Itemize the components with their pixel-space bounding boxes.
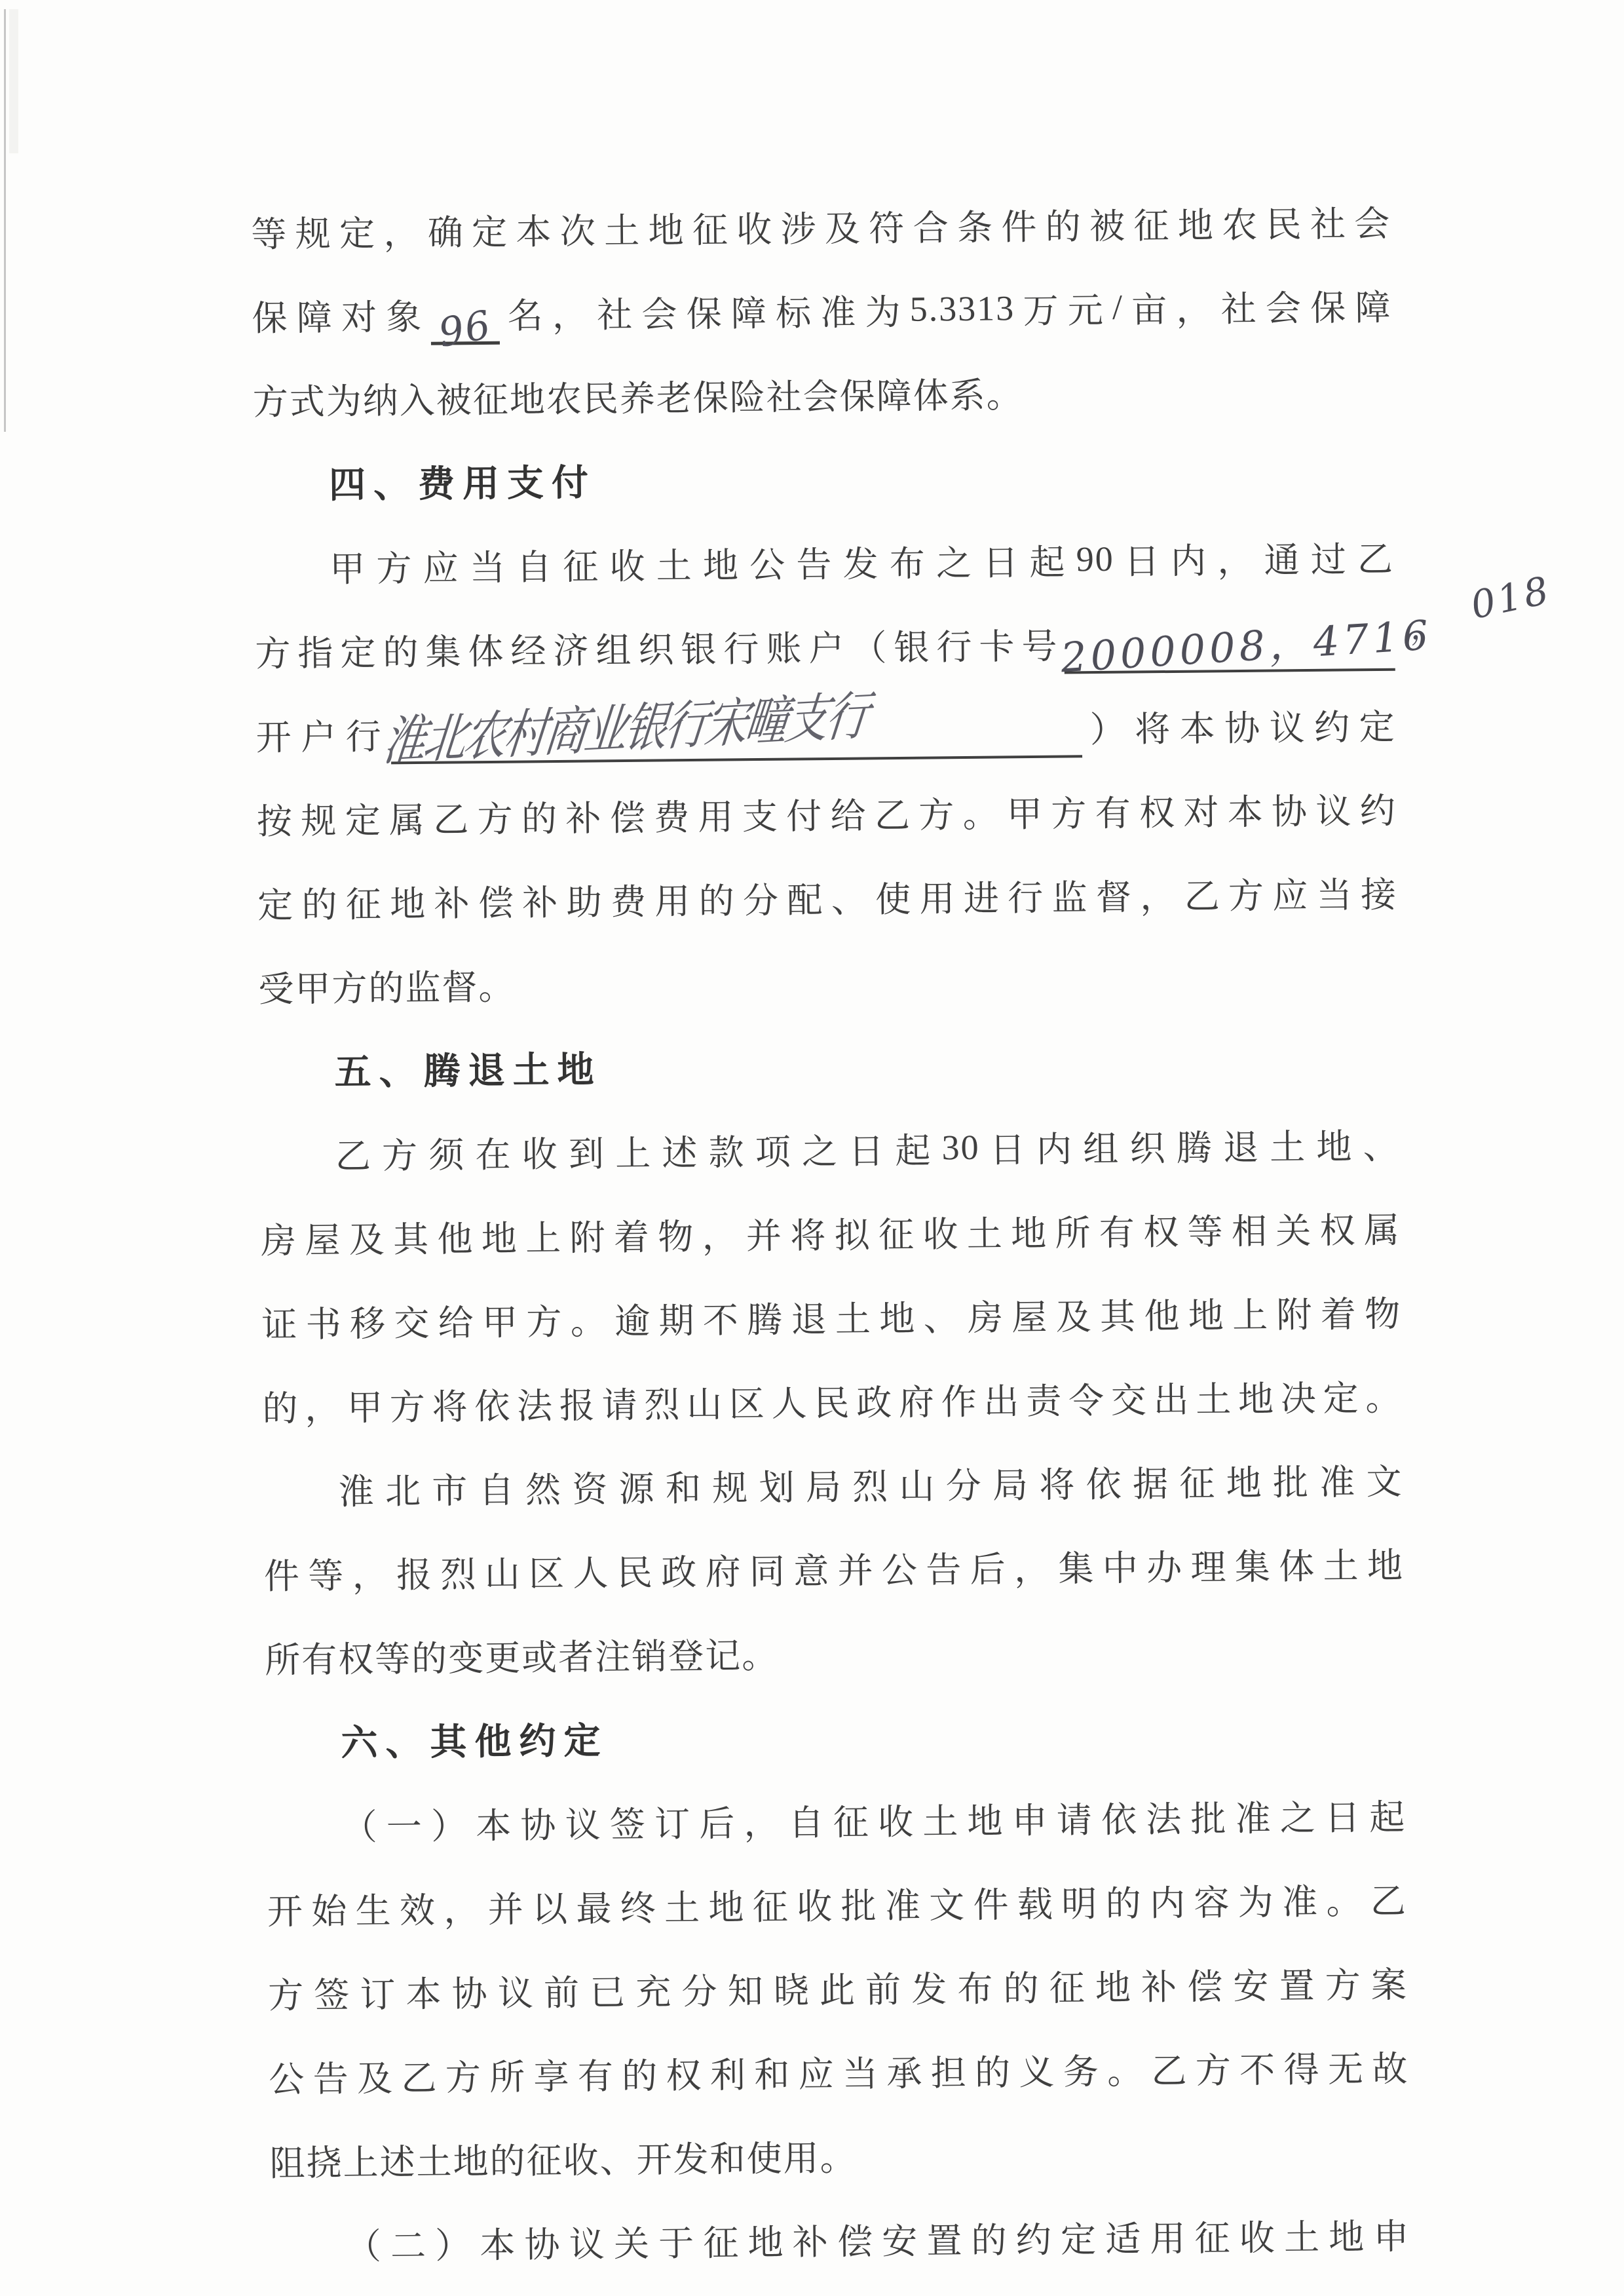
text-token: 地 [967,1793,1004,1844]
text-token: 置 [1279,1957,1316,2008]
text-token: 之 [936,535,973,586]
text-token: 集 [425,624,463,675]
text-token: 、 [831,871,868,923]
text-token: （ [345,2218,383,2269]
text-token: 的 [975,2044,1012,2095]
text-token: 不 [1239,2042,1277,2093]
text-token: 件 [973,1877,1010,1928]
text-token: 行 [1008,870,1045,921]
text-token: 房 [968,1290,1005,1341]
text-token: 告 [312,2051,350,2102]
text-token: 公 [749,537,787,588]
text-token: 将 [1135,700,1172,752]
text-token: 其 [393,1211,430,1262]
text-token: 容 [1194,1875,1231,1926]
line-text: 受甲方的监督。 [258,959,516,1012]
text-token: 务 [1063,2044,1100,2095]
text-token: 内 [1150,1875,1187,1926]
text-token: 地 [879,1290,916,1341]
text-token: 应 [1272,867,1310,918]
text-token: ） [431,1798,468,1849]
text-token: 万 [1023,282,1060,334]
text-token: 地 [1316,1119,1353,1170]
text-token: 地 [1095,1959,1132,2010]
text-token: 地 [648,202,685,254]
text-token: 批 [1190,1791,1228,1842]
text-token: 甲 [1007,786,1044,837]
text-token: 据 [1133,1456,1170,1507]
text-token: 后 [970,1541,1007,1592]
handwritten-bank-card-number: 2000008，4716 [1059,602,1433,683]
text-token: 区 [529,1545,566,1596]
text-token: 偿 [837,2213,875,2265]
text-token: 办 [1146,1539,1184,1590]
text-token: 准 [884,1877,922,1928]
text-token: 征 [345,876,383,927]
text-token: 保 [686,286,723,337]
text-token: 法 [517,1378,554,1429]
text-token: 关 [614,2215,651,2267]
text-token: 为 [865,284,902,335]
text-token: 分 [681,1963,719,2014]
text-token: 方 [382,1128,419,1179]
handwritten-comma-mark: ， [1405,600,1443,649]
scan-edge-artifact [9,9,18,153]
text-token: 使 [875,871,913,922]
text-token: ） [1089,701,1127,752]
text-token: 的 [698,873,736,924]
text-token: 公 [269,2051,306,2102]
text-line: 证书移交给甲方。逾期不腾退土地、房屋及其他地上附着物 [261,1269,1402,1364]
text-token: 退 [1223,1119,1260,1170]
handwritten-count: 96 [435,301,495,356]
text-token: 收 [521,1126,559,1177]
text-token: 协 [1224,700,1262,751]
text-token: 人 [573,1545,610,1596]
text-token: 农 [1222,197,1259,248]
text-token: 无 [1328,2041,1365,2092]
text-token: 条 [957,199,994,250]
text-line: 等规定，确定本次土地征收涉及符合条件的被征地农民社会 [251,179,1391,274]
text-token: 定 [340,624,377,676]
text-token: 方 [477,791,514,842]
text-token: 补 [565,790,603,841]
text-token: 征 [1179,1455,1217,1506]
text-token: 准 [820,284,858,335]
text-line: 乙方须在收到上述款项之日起30日内组织腾退土地、 [259,1101,1400,1196]
text-token: 等 [1187,1204,1224,1255]
text-token: 请 [1056,1792,1093,1843]
text-token: 方 [526,1293,563,1345]
text-token: 亩 [1131,281,1169,332]
text-line: 受甲方的监督。 [258,934,1399,1029]
text-token: 的 [301,877,339,928]
text-token: 集 [1058,1540,1095,1592]
text-token: 起 [1369,1789,1407,1840]
text-token: 有 [1095,785,1132,836]
text-token: 房 [261,1212,298,1263]
text-token: 划 [759,1459,796,1510]
text-token: 得 [1283,2041,1321,2092]
text-token: 源 [618,1461,656,1512]
text-token: 交 [1110,1372,1148,1423]
text-token: 的 [521,790,559,841]
text-token: 政 [661,1544,698,1595]
text-token: 确 [427,204,464,256]
text-token: 按 [257,793,294,844]
text-token: 前 [544,1964,581,2016]
text-token: 北 [385,1463,423,1514]
text-token: 的 [1003,1960,1040,2011]
text-token: 山 [484,1546,521,1597]
text-token: 征 [703,2215,740,2266]
text-token: 故 [1372,2040,1409,2092]
text-token: （ [851,620,888,671]
text-token: 人 [771,1375,808,1426]
text-token: 济 [553,622,590,674]
text-token: 应 [423,540,460,591]
text-token: 社 [1310,196,1347,247]
text-token: 的 [383,624,420,675]
text-token: 收 [878,1793,915,1845]
text-token: 和 [666,1460,703,1511]
text-token: 关 [1275,1202,1313,1253]
text-token: 接 [1361,866,1398,917]
text-token: 当 [469,539,506,590]
text-token: 方 [376,541,413,592]
text-token: ， [1217,532,1255,583]
text-token: 。 [570,1293,607,1345]
text-token: 名 [507,288,544,339]
text-token: 方 [918,787,956,838]
text-token: 元 [1067,282,1105,333]
text-token: 烈 [644,1377,681,1428]
text-token: 土 [1196,1371,1233,1423]
text-line: 阻挠上述土地的征收、开发和使用。 [269,2108,1410,2203]
text-token: 次 [559,203,597,254]
text-token: 土 [656,537,693,588]
text-token: 偿 [1187,1959,1224,2010]
text-token: 行 [723,621,761,672]
text-token: 方 [1325,1957,1362,2008]
text-token: 权 [666,2047,703,2098]
text-line: 房屋及其他地上附着物，并将拟征收土地所有权等相关权属 [260,1185,1401,1280]
text-token: 同 [749,1543,787,1594]
text-token: 利 [710,2047,747,2098]
text-token: 组 [1083,1120,1120,1172]
text-token: 布 [889,535,926,586]
text-token: 议 [1315,783,1353,834]
text-token: 收 [736,201,774,252]
text-token: 款 [708,1124,746,1176]
text-token: 签 [314,1967,351,2018]
text-token: 申 [1373,2208,1410,2259]
text-token: 土 [1284,2209,1321,2260]
text-token: 将 [432,1379,469,1430]
text-token: 山 [899,1458,936,1509]
text-token: 然 [525,1461,563,1512]
text-token: 附 [1276,1286,1313,1337]
text-token: 银 [681,621,718,672]
text-token: 织 [638,622,675,673]
text-token: 为 [1237,1874,1275,1925]
text-token: 甲 [482,1294,519,1345]
text-token: 签 [609,1796,647,1847]
text-token: 有 [577,2048,614,2099]
text-token: 内 [1171,533,1208,584]
text-token: 始 [311,1883,349,1934]
text-token: 当 [842,2046,880,2097]
text-token: 被 [1089,198,1127,249]
fill-in-blank-underline: 淮北农村商业银行宋疃支行 [390,714,1082,764]
text-token: 协 [1272,783,1309,834]
text-token: 分 [743,872,780,923]
text-token: 出 [983,1373,1021,1425]
text-token: 地 [1011,1205,1048,1256]
text-token: 批 [840,1878,878,1929]
text-token: / [1112,287,1124,328]
text-token: 的 [1105,1875,1142,1926]
text-line: 的，甲方将依法报请烈山区人民政府作出责令交出土地决定。 [262,1353,1403,1448]
text-line: 甲方应当自征收土地公告发布之日起90日内，通过乙 [254,514,1395,609]
text-token: 着 [614,1209,651,1260]
text-token: 、 [1363,1118,1400,1169]
text-token: 其 [1100,1288,1137,1339]
text-token: 起 [895,1122,932,1174]
text-token: 准 [1282,1873,1319,1924]
text-token: 自 [516,539,554,590]
text-token: 物 [658,1208,695,1259]
text-token: 安 [1233,1958,1270,2009]
text-token: 民 [1266,197,1303,248]
text-token: 知 [727,1963,765,2014]
text-token: 述 [662,1124,699,1176]
text-token: 本 [1227,784,1264,835]
text-token: 请 [601,1377,639,1428]
text-token: 乙 [335,1128,372,1179]
text-token: 涉 [780,201,818,252]
text-token: 过 [1310,531,1348,583]
fill-in-blank-underline: 2000008，4716 [1064,628,1395,674]
text-token: 本 [1179,700,1217,752]
text-token: 协 [520,1797,557,1848]
text-token: 会 [641,286,679,337]
text-token: 收 [922,1206,960,1257]
text-token: 文 [929,1877,966,1928]
text-token: 民 [814,1375,851,1426]
text-token: 安 [882,2213,919,2264]
text-token: 规 [295,206,332,257]
text-token: 对 [341,289,379,340]
text-token: 所 [489,2049,527,2100]
text-token: 有 [1099,1204,1136,1255]
line-text: 方式为纳入被征地农民养老保险社会保障体系。 [252,367,1023,425]
text-token: 甲 [347,1379,385,1430]
text-token: 卡 [979,619,1016,670]
text-token: 权 [1143,1204,1180,1255]
text-token: 地 [390,875,427,927]
text-token: 用 [654,873,692,925]
text-line: （二）本协议关于征地补偿安置的约定适用征收土地申 [270,2192,1410,2287]
text-token: 的 [262,1380,299,1431]
text-token: 征 [1049,1960,1086,2011]
text-token: 上 [1232,1287,1270,1338]
text-token: ， [383,204,421,256]
text-token: 保 [252,290,289,341]
text-token: 土 [1323,1538,1360,1589]
text-token: 属 [1364,1202,1401,1253]
text-token: 土 [966,1206,1004,1257]
text-token: 附 [569,1210,607,1261]
text-token: 文 [1366,1453,1403,1504]
text-token: 甲 [330,541,367,592]
section-heading: 五、腾退土地 [259,1018,1399,1113]
text-token: 织 [1129,1120,1167,1172]
text-token: 生 [355,1883,392,1934]
text-token: 件 [264,1548,301,1599]
text-token: 局 [992,1457,1030,1508]
text-token: 定 [257,877,295,928]
text-token: 配 [787,872,824,923]
text-token: 权 [1319,1202,1357,1253]
text-token: 户 [808,620,846,671]
text-token: 定 [1359,698,1396,750]
text-token: 依 [474,1378,512,1429]
text-token: 及 [1055,1289,1093,1340]
text-token: 自 [788,1795,825,1846]
document-content: 等规定，确定本次土地征收涉及符合条件的被征地农民社会 保障对象 96 名，社会保… [251,179,1411,2287]
text-token: 上 [525,1210,563,1261]
text-token: 用 [919,871,956,922]
text-token: 土 [835,1291,873,1342]
text-token: 会 [1266,280,1303,332]
text-token: 5.3313 [909,288,1015,330]
text-token: 载 [1017,1876,1055,1927]
text-line: 淮北市自然资源和规划局烈山分局将依据征地批准文 [263,1437,1403,1532]
text-line: 方式为纳入被征地农民养老保险社会保障体系。 [252,347,1393,442]
text-token: 保 [1310,280,1348,331]
text-token: 订 [654,1796,692,1847]
text-token: 依 [1086,1456,1123,1507]
text-line: （一）本协议签订后，自征收土地申请依法批准之日起 [266,1772,1407,1867]
text-token: 、 [923,1290,960,1341]
text-token: 助 [566,874,603,925]
text-token: 给 [830,788,867,839]
text-token: 报 [396,1546,434,1598]
text-token: 土 [664,1879,702,1930]
text-token: ） [435,2217,472,2268]
text-token: 。 [1365,1369,1403,1421]
text-token: 府 [899,1374,936,1425]
text-token: ， [305,1380,342,1431]
section-heading: 六、其他约定 [265,1689,1406,1784]
text-token: 在 [475,1126,512,1177]
text-token: 移 [350,1295,387,1347]
text-token: 等 [308,1548,345,1599]
text-token: 此 [820,1962,857,2013]
text-token: 本 [516,204,553,255]
text-token: 内 [1036,1121,1074,1172]
text-token: 物 [1365,1286,1402,1337]
text-token: 以 [532,1881,569,1932]
text-token: 给 [438,1295,475,1346]
text-token: 方 [1051,786,1088,837]
text-token: 方 [1195,2042,1232,2094]
text-token: 上 [615,1125,652,1176]
text-token: 方 [255,625,292,676]
text-token: 定 [339,205,377,256]
text-token: 应 [798,2046,835,2097]
text-token: ， [702,1208,739,1259]
text-token: ， [1176,281,1213,332]
text-token: 作 [941,1373,978,1425]
text-token: 90 [1076,539,1114,580]
text-token: 和 [754,2046,791,2097]
text-token: 合 [913,200,950,251]
text-token: 分 [945,1457,983,1508]
text-token: 土 [1270,1119,1307,1170]
text-line: 开始生效，并以最终土地征收批准文件载明的内容为准。乙 [267,1856,1407,1951]
heading-text: 六、其他约定 [341,1712,609,1767]
text-token: 报 [559,1377,596,1428]
text-token: 依 [1101,1791,1139,1843]
text-token: 书 [305,1296,343,1347]
text-token: 补 [522,874,559,925]
text-token: 并 [487,1881,525,1932]
text-token: 行 [936,619,973,670]
text-token: 山 [687,1376,724,1427]
text-line: 方签订本协议前已充分知晓此前发布的征地补偿安置方案 [267,1940,1408,2035]
text-token: 用 [698,789,735,840]
text-token: 进 [963,870,1000,921]
text-token: 须 [428,1127,466,1178]
text-token: 乙 [433,792,470,843]
text-token: 地 [708,1879,746,1930]
text-token: 享 [533,2048,571,2099]
text-token: 收 [1239,2210,1276,2261]
text-token: ， [352,1547,389,1598]
text-token: 账 [766,621,803,672]
text-token: 到 [569,1126,606,1177]
text-token: 布 [957,1961,994,2012]
text-token: 已 [590,1964,627,2016]
text-token: 最 [576,1881,613,1932]
text-token: 经 [510,623,548,674]
scan-edge-artifact [4,9,6,432]
text-token: 前 [865,1962,903,2013]
text-token: 指 [297,625,335,676]
text-token: 地 [1329,2209,1366,2260]
text-token: 所 [1055,1205,1092,1256]
text-token: 监 [1051,870,1089,921]
text-line: 件等，报烈山区人民政府同意并公告后，集中办理集体土地 [263,1521,1404,1616]
text-token: 费 [611,873,648,925]
text-token: 令 [1068,1372,1106,1423]
text-token: 方 [1228,868,1266,919]
text-token: 于 [658,2215,696,2267]
text-token: 权 [1139,784,1177,835]
text-token: 障 [730,285,768,336]
text-token: 象 [386,288,423,339]
text-token: 体 [468,623,505,674]
text-token: 二 [390,2217,428,2268]
text-token: 偿 [609,790,647,841]
text-token: 项 [755,1124,792,1175]
text-token: 征 [692,202,729,253]
text-line: 定的征地补偿补助费用的分配、使用进行监督，乙方应当接 [257,850,1398,945]
text-token: 本 [480,2217,517,2268]
text-token: 烈 [440,1546,478,1598]
